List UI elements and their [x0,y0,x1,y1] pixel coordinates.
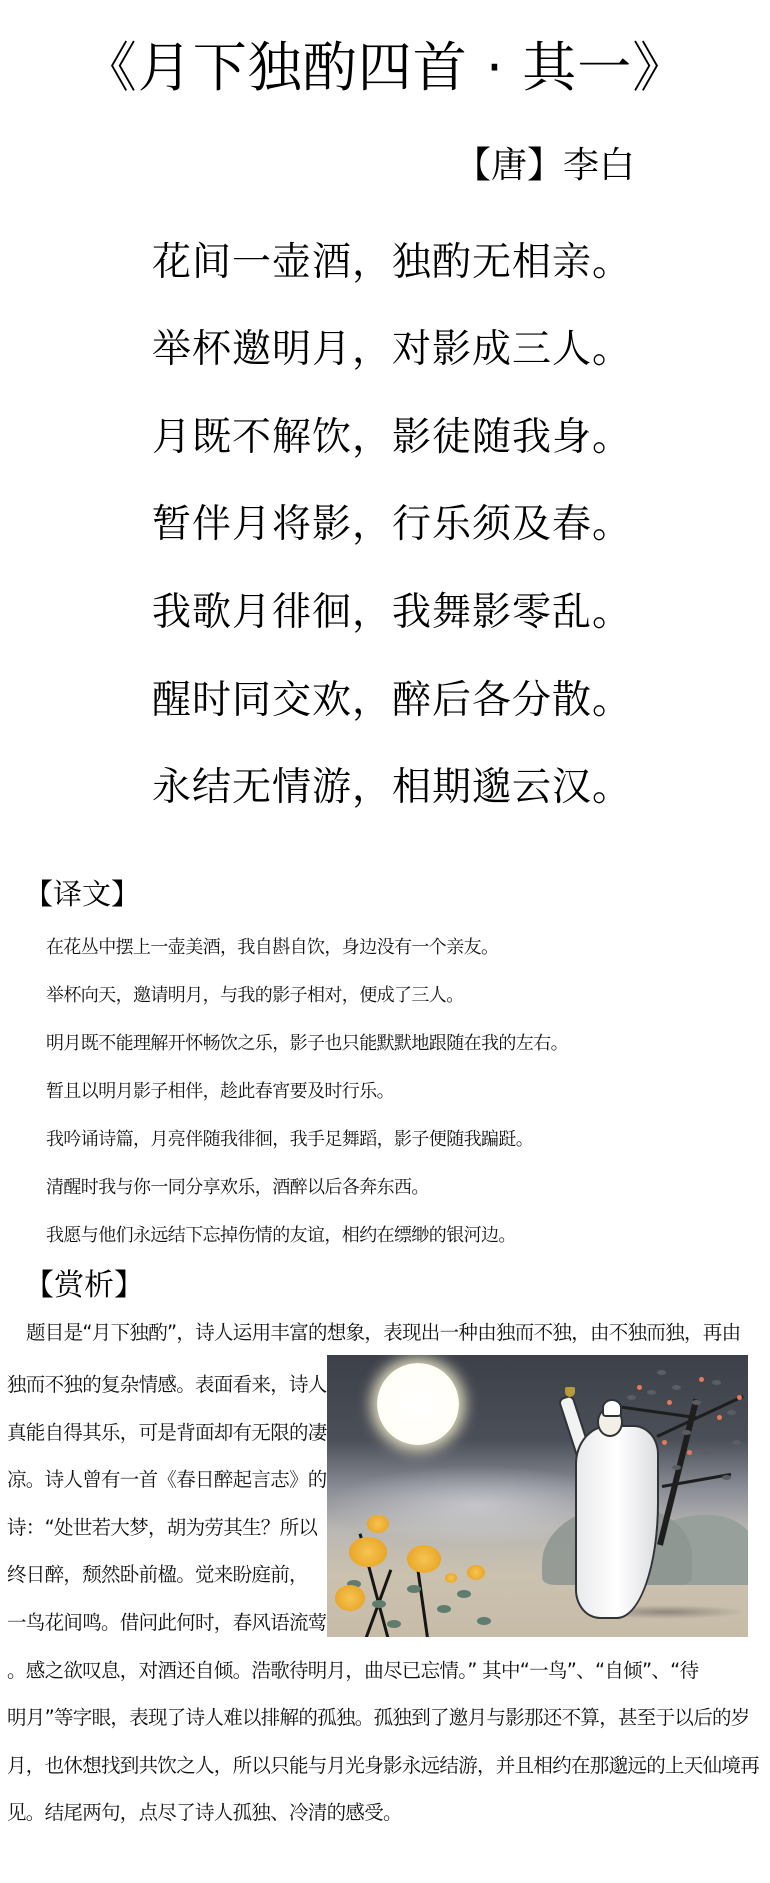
poem-line: 花间一壶酒，独酌无相亲。 [152,239,652,287]
analysis-line: 见。结尾两句，点尽了诗人孤独、冷清的感受。 [7,1800,402,1826]
leaf [437,1605,451,1613]
translation-line: 明月既不能理解开怀畅饮之乐，影子也只能默默地跟随在我的左右。 [46,1032,568,1056]
chrysanthemum-flower [349,1537,387,1567]
chrysanthemum-flower [335,1585,365,1611]
analysis-line: 。感之欲叹息，对酒还自倾。浩歌待明月，曲尽已忘情。” 其中“一鸟”、“自倾”、“… [7,1658,698,1684]
blossom [717,1415,722,1420]
poem-line: 暂伴月将影，行乐须及春。 [152,501,652,549]
chrysanthemum-flower [467,1565,485,1580]
poem-line: 醒时同交欢，醉后各分散。 [152,677,652,725]
chrysanthemum-flower [445,1573,457,1583]
leaf [477,1617,491,1625]
translation-line: 在花丛中摆上一壶美酒，我自斟自饮，身边没有一个亲友。 [46,936,498,960]
poem-line: 永结无情游，相期邈云汉。 [152,764,652,812]
translation-line: 我愿与他们永远结下忘掉伤情的友谊，相约在缥缈的银河边。 [46,1224,516,1248]
blossom [637,1385,642,1390]
poet-figure [575,1425,659,1619]
translation-line: 清醒时我与你一同分享欢乐，酒醉以后各奔东西。 [46,1176,429,1200]
tree-branch [617,1405,697,1419]
analysis-line: 题目是“月下独酌”，诗人运用丰富的想象，表现出一种由独而不独，由不独而独，再由 [26,1320,740,1346]
leaf [702,1450,711,1455]
blossom [667,1400,672,1405]
leaf [657,1370,666,1375]
poem-author: 【唐】李白 [455,144,635,188]
poet-hat [602,1399,622,1417]
leaf [627,1395,636,1400]
analysis-line: 终日醉，颓然卧前楹。觉来盼庭前， [7,1562,308,1588]
translation-line: 我吟诵诗篇，月亮伴随我徘徊，我手足舞蹈，影子便随我蹁跹。 [46,1128,533,1152]
analysis-line: 真能自得其乐，可是背面却有无限的凄 [7,1420,327,1446]
moon-icon [377,1363,459,1445]
poet-under-moon-illustration [327,1355,748,1637]
poem-title: 《月下独酌四首 · 其一》 [0,36,770,100]
analysis-heading: 【赏析】 [24,1268,144,1304]
blossom [687,1450,692,1455]
poem-line: 举杯邀明月，对影成三人。 [152,326,652,374]
blossom [737,1395,742,1400]
blossom [699,1377,704,1382]
leaf [722,1475,731,1480]
analysis-line: 明月”等字眼，表现了诗人难以排解的孤独。孤独到了邀月与影那还不算，甚至于以后的岁 [7,1705,750,1731]
leaf [692,1400,701,1405]
leaf [372,1600,386,1608]
leaf [727,1410,736,1415]
translation-line: 举杯向天，邀请明月，与我的影子相对，便成了三人。 [46,984,464,1008]
analysis-line: 诗：“处世若大梦，胡为劳其生？所以 [7,1515,317,1541]
translation-line: 暂且以明月影子相伴，趁此春宵要及时行乐。 [46,1080,394,1104]
translation-heading: 【译文】 [24,876,140,912]
wine-cup-icon [565,1387,575,1397]
leaf [672,1465,681,1470]
chrysanthemum-flower [407,1545,441,1573]
poem-line: 我歌月徘徊，我舞影零乱。 [152,589,652,637]
leaf [387,1620,401,1628]
poem-line: 月既不解饮，影徒随我身。 [152,414,652,462]
chrysanthemum-flower [367,1515,389,1533]
leaf [712,1380,721,1385]
analysis-line: 凉。诗人曾有一首《春日醉起言志》的 [7,1467,327,1493]
leaf [457,1590,471,1598]
leaf [407,1585,421,1593]
analysis-line: 一鸟花间鸣。借问此何时，春风语流莺 [7,1610,327,1636]
leaf [647,1390,656,1395]
analysis-line: 独而不独的复杂情感。表面看来，诗人 [7,1372,327,1398]
blossom [662,1440,667,1445]
leaf [732,1440,741,1445]
leaf [672,1385,681,1390]
analysis-line: 月，也休想找到共饮之人，所以只能与月光身影永远结游，并且相约在那邈远的上天仙境再 [7,1753,759,1779]
leaf [682,1430,691,1435]
